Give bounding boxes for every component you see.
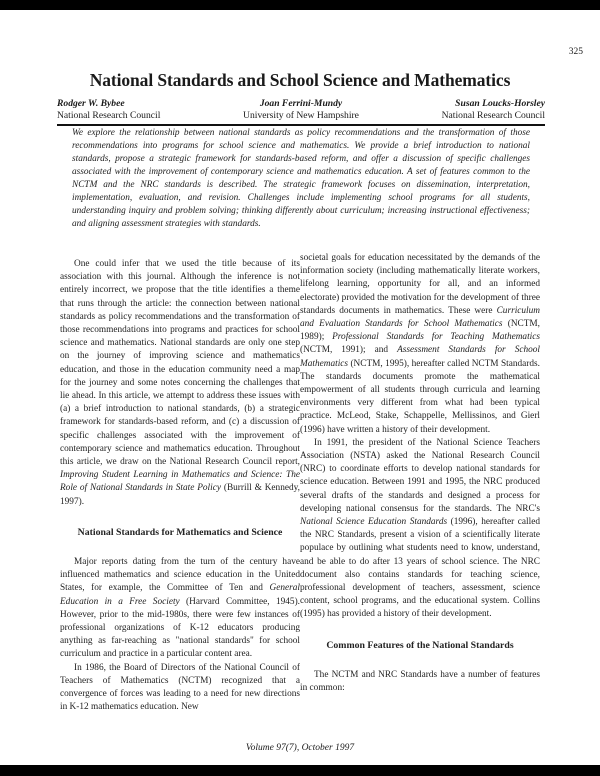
body-text: (NCTM, 1995), hereafter called NCTM Stan… [300,359,540,435]
body-paragraph: societal goals for education necessitate… [300,252,540,437]
author-affiliation: National Research Council [442,110,545,122]
article-title: National Standards and School Science an… [0,70,600,91]
section-heading: Common Features of the National Standard… [300,639,540,652]
right-column: societal goals for education necessitate… [300,252,540,695]
section-heading: National Standards for Mathematics and S… [60,526,300,539]
body-paragraph: One could infer that we used the title b… [60,258,300,509]
body-text: Major reports dating from the turn of th… [60,557,300,593]
author-name: Susan Loucks-Horsley [442,98,545,110]
body-paragraph: In 1986, the Board of Directors of the N… [60,662,300,715]
journal-footer: Volume 97(7), October 1997 [0,743,600,753]
scan-border-bottom [0,765,600,776]
body-text: (NCTM, 1991); and [300,345,397,355]
body-paragraph: Major reports dating from the turn of th… [60,556,300,662]
header-rule [57,124,545,126]
author-block: Rodger W. Bybee National Research Counci… [57,98,545,122]
body-text: In 1991, the president of the National S… [300,438,540,514]
document-title: Professional Standards for Teaching Math… [332,332,540,342]
scan-border-top [0,0,600,10]
author-3: Susan Loucks-Horsley National Research C… [442,98,545,121]
page-number: 325 [569,47,583,57]
body-paragraph: The NCTM and NRC Standards have a number… [300,669,540,695]
left-column: One could infer that we used the title b… [60,258,300,715]
body-paragraph: In 1991, the president of the National S… [300,437,540,622]
body-text: One could infer that we used the title b… [60,259,300,467]
abstract: We explore the relationship between nati… [72,127,530,231]
body-text: (1996), hereafter called the NRC Standar… [300,517,540,619]
document-title: National Science Education Standards [300,517,447,527]
document-page: 325 National Standards and School Scienc… [0,10,600,765]
